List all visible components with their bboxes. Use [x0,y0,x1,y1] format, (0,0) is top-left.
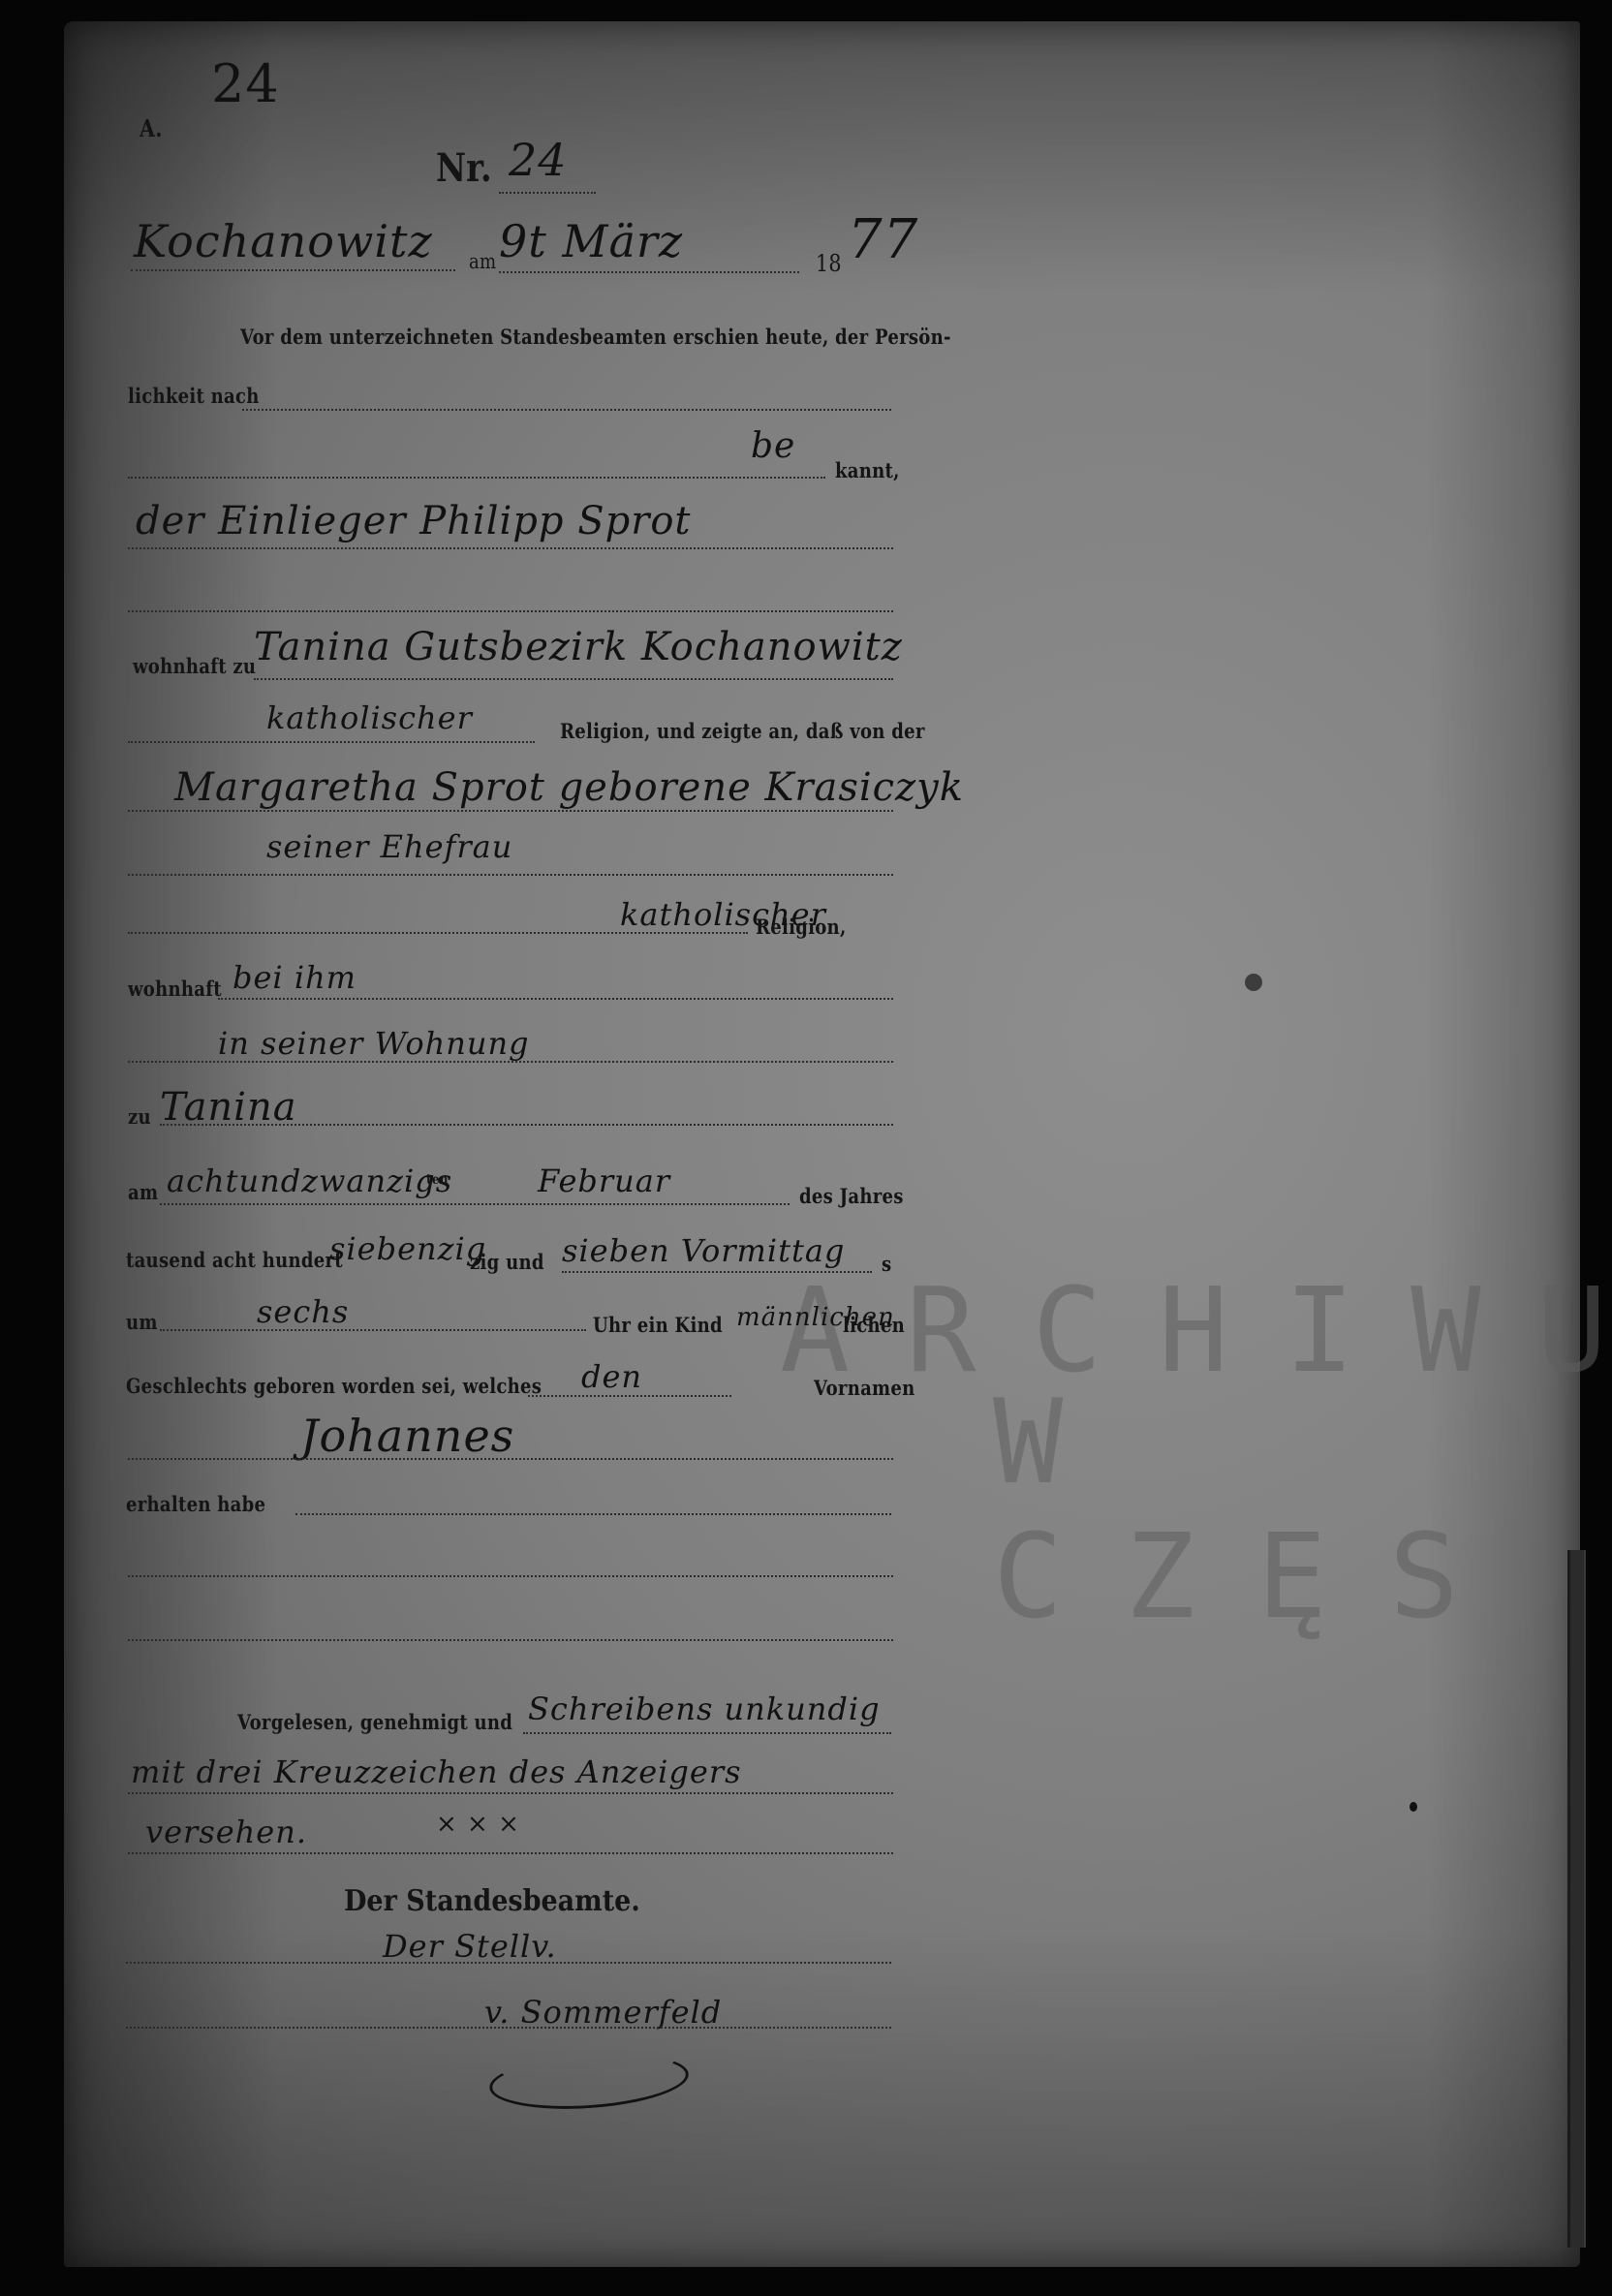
label-um: um [126,1310,158,1334]
birth-unit: sieben Vormittag [562,1232,845,1269]
field-line [128,874,893,876]
paper-speck [1410,1802,1417,1812]
child-name: Johannes [300,1410,514,1462]
label-vornamen: Vornamen [814,1376,915,1400]
field-line [160,1203,790,1205]
field-line [523,1732,891,1734]
field-line [128,547,893,549]
approval-1: Schreibens unkundig [528,1691,881,1727]
label-uhr-ein-kind: Uhr ein Kind [593,1313,723,1337]
approval-2: mit drei Kreuzzeichen des Anzeigers [131,1753,742,1790]
informant-religion: katholischer [266,699,473,736]
name-article: den [581,1358,642,1395]
watermark-line-2: W CZĘS [993,1376,1612,1645]
mother-name: Margaretha Sprot geborene Krasiczyk [174,765,964,810]
mother-residence-2: in seiner Wohnung [218,1025,530,1062]
document-page [64,21,1580,2267]
label-vorgelesen: Vorgelesen, genehmigt und [237,1710,512,1734]
label-wohnhaft-zu: wohnhaft zu [133,654,256,678]
informant-marks: × × × [436,1810,520,1839]
record-number: 24 [509,134,568,186]
record-label: Nr. [436,145,492,191]
label-tausend: tausend acht hundert [126,1248,343,1272]
record-number-line [499,192,596,194]
label-geschlechts: Geschlechts geboren worden sei, welches [126,1374,542,1398]
standesbeamte-title: Der Standesbeamte. [344,1884,640,1918]
birth-month: Februar [538,1163,670,1199]
field-line [254,678,893,680]
label-des-jahres: des Jahres [799,1184,904,1208]
field-line [160,1124,893,1126]
label-religion-und: Religion, und zeigte an, daß von der [560,719,925,743]
mother-residence-1: bei ihm [232,959,356,996]
series-letter: A. [139,114,163,142]
field-line [128,1639,893,1641]
official-deputy: Der Stellv. [383,1928,557,1965]
label-ten: ten [426,1172,449,1188]
field-line [528,1395,731,1397]
field-line [128,1458,893,1460]
field-line [128,741,535,743]
label-zu: zu [128,1104,151,1129]
informant-residence: Tanina Gutsbezirk Kochanowitz [254,625,903,669]
field-line [128,477,825,479]
year-suffix: 77 [848,208,918,271]
field-line [242,409,891,411]
field-line [126,1962,891,1964]
field-line [295,1513,891,1515]
informant-name: der Einlieger Philipp Sprot [136,499,692,543]
label-kannt: kannt, [835,458,900,482]
birth-decade: siebenzig [329,1230,486,1267]
page-edge [1567,1550,1586,2248]
relation: seiner Ehefrau [266,828,512,865]
field-line [128,1575,893,1577]
place-name: Kochanowitz [134,215,433,267]
label-am: am [128,1180,158,1204]
approval-3: versehen. [145,1814,307,1850]
label-religion: Religion, [756,915,846,939]
field-line [128,932,748,934]
label-s: s [882,1252,891,1276]
birth-hour: sechs [257,1293,349,1330]
field-line [128,1061,893,1063]
date-line [499,271,799,273]
intro-text: Vor dem unterzeichneten Standesbeamten e… [240,325,951,349]
field-line [218,998,893,1000]
field-line [128,610,893,612]
field-line [128,1792,893,1794]
label-zig-und: zig und [470,1250,544,1274]
label-erhalten-habe: erhalten habe [126,1492,265,1516]
label-lichkeit-nach: lichkeit nach [128,384,260,408]
field-line [128,1852,893,1854]
field-line [562,1271,872,1273]
paper-speck [1245,974,1262,991]
label-lichen: lichen [843,1313,905,1337]
kannt-hand: be [751,426,795,466]
field-line [128,810,893,812]
date-prefix: am [469,250,496,273]
label-wohnhaft: wohnhaft [128,977,222,1001]
field-line [160,1329,586,1331]
year-prefix: 18 [816,250,842,277]
margin-number: 24 [211,53,280,114]
field-line [126,2027,891,2029]
official-signature: v. Sommerfeld [484,1994,722,2031]
place-line [131,269,455,271]
birth-day: achtundzwanzigs [167,1163,452,1199]
date-value: 9t März [499,215,683,267]
